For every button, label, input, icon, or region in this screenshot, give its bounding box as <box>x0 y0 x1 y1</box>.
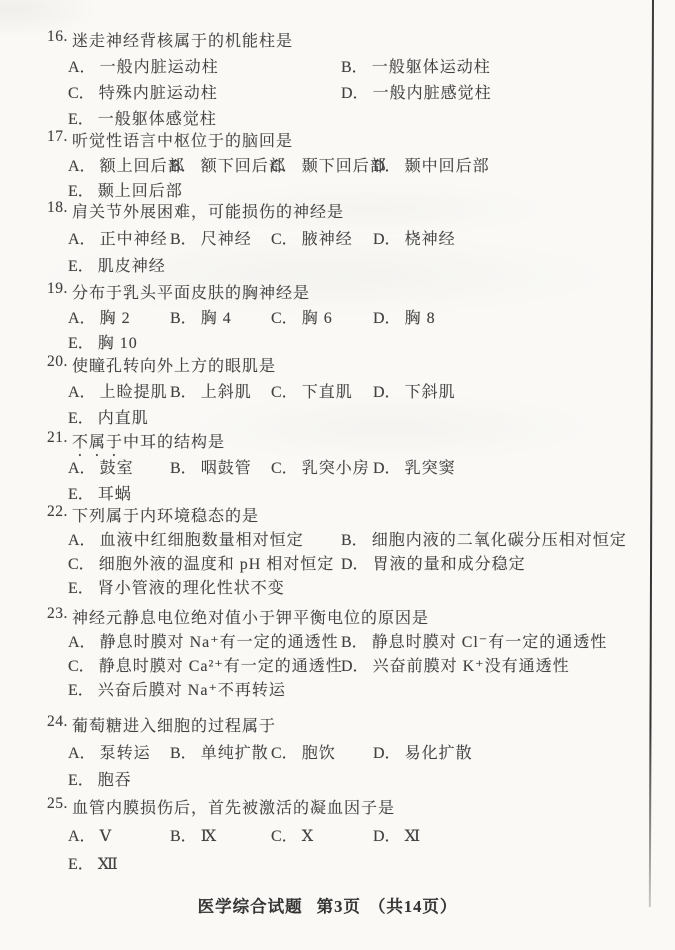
option-b-text: 尺神经 <box>201 231 252 248</box>
question-number: 17. <box>47 128 68 146</box>
option-row: E．肾小管液的理化性状不变 <box>0 575 675 601</box>
option-c: C．细胞外液的温度和 pH 相对恒定 <box>68 551 334 574</box>
option-e-label: E． <box>68 575 94 598</box>
question-number: 18. <box>47 199 68 217</box>
option-e-text: 耳蜗 <box>98 486 132 503</box>
option-row: C．特殊内脏运动柱D．一般内脏感觉柱 <box>0 80 675 106</box>
question-stem-emphasis: 不属于 <box>72 434 123 451</box>
question-number: 24. <box>47 713 68 731</box>
option-e: E．肌皮神经 <box>68 253 166 276</box>
option-d-text: 桡神经 <box>405 231 456 248</box>
option-e: E．胸 10 <box>68 330 138 353</box>
option-c-text: 特殊内脏运动柱 <box>99 85 218 102</box>
option-d-label: D． <box>373 740 401 763</box>
option-a: A．血液中红细胞数量相对恒定 <box>68 527 304 550</box>
option-b: B．单纯扩散 <box>170 740 269 763</box>
option-a: A．鼓室 <box>68 455 134 478</box>
option-d: D．一般内脏感觉柱 <box>341 80 492 103</box>
option-d-label: D． <box>373 823 401 846</box>
option-row: E．内直肌 <box>0 405 675 431</box>
option-b: B．尺神经 <box>170 226 252 249</box>
option-b: B．Ⅸ <box>170 823 217 846</box>
option-a-label: A． <box>68 54 96 77</box>
option-e-label: E． <box>68 178 94 201</box>
question-stem-line: 21.不属于中耳的结构是 <box>0 429 675 455</box>
option-a-label: A． <box>68 527 96 550</box>
question-stem: 肩关节外展困难，可能损伤的神经是 <box>72 199 344 222</box>
option-e-text: 颞上回后部 <box>98 183 183 200</box>
option-c: C．静息时膜对 Ca²⁺有一定的通透性 <box>68 653 343 676</box>
option-e: E．一般躯体感觉柱 <box>68 106 217 129</box>
option-d-label: D． <box>341 653 369 676</box>
option-row: C．细胞外液的温度和 pH 相对恒定D．胃液的量和成分稳定 <box>0 551 675 577</box>
option-d-label: D． <box>373 305 401 328</box>
option-c-label: C． <box>68 80 95 103</box>
option-b: B．咽鼓管 <box>170 455 252 478</box>
option-c-label: C． <box>271 226 298 249</box>
option-row: A．ⅤB．ⅨC．ⅩD．Ⅺ <box>0 823 675 849</box>
option-a-label: A． <box>68 823 96 846</box>
question-stem-line: 17.听觉性语言中枢位于的脑回是 <box>0 128 675 154</box>
option-e: E．胞吞 <box>68 767 132 790</box>
question-number: 23. <box>47 605 68 623</box>
option-row: A．正中神经B．尺神经C．腋神经D．桡神经 <box>0 226 675 252</box>
option-c-label: C． <box>271 740 298 763</box>
option-b-label: B． <box>170 226 197 249</box>
option-a: A．上睑提肌 <box>68 379 168 402</box>
question-stem-line: 16.迷走神经背核属于的机能柱是 <box>0 28 675 54</box>
option-e-label: E． <box>68 330 94 353</box>
option-c-text: 腋神经 <box>302 231 353 248</box>
option-d: D．Ⅺ <box>373 823 421 846</box>
option-b: B．额下回后部 <box>170 153 286 176</box>
option-a-text: 泵转运 <box>100 745 151 762</box>
option-b-label: B． <box>170 379 197 402</box>
option-d-text: Ⅺ <box>405 828 422 845</box>
option-row: E．胞吞 <box>0 767 675 793</box>
option-b-label: B． <box>170 740 197 763</box>
option-c: C．腋神经 <box>271 226 353 249</box>
option-c-label: C． <box>68 653 95 676</box>
option-e: E．Ⅻ <box>68 851 119 874</box>
option-a-text: Ⅴ <box>100 828 113 845</box>
option-a-text: 正中神经 <box>100 231 168 248</box>
option-a-text: 上睑提肌 <box>100 384 168 401</box>
option-a: A．静息时膜对 Na⁺有一定的通透性 <box>68 629 339 652</box>
option-a-label: A． <box>68 629 96 652</box>
option-a: A．Ⅴ <box>68 823 112 846</box>
option-b-label: B． <box>170 305 197 328</box>
option-e-text: 肌皮神经 <box>98 258 166 275</box>
option-d-text: 乳突窦 <box>405 460 456 477</box>
question-number: 22. <box>47 503 68 521</box>
question-stem-line: 22.下列属于内环境稳态的是 <box>0 503 675 529</box>
option-c: C．下直肌 <box>271 379 353 402</box>
footer-exam-title: 医学综合试题 <box>198 897 303 916</box>
option-e-text: 一般躯体感觉柱 <box>98 111 217 128</box>
option-e-text: 兴奋后膜对 Na⁺不再转运 <box>98 682 286 699</box>
option-d-label: D． <box>373 379 401 402</box>
option-b: B．静息时膜对 Cl⁻有一定的通透性 <box>341 629 607 652</box>
option-a: A．胸 2 <box>68 305 131 328</box>
option-a-label: A． <box>68 379 96 402</box>
question-number: 21. <box>47 429 68 447</box>
option-e: E．内直肌 <box>68 405 149 428</box>
option-c-label: C． <box>271 305 298 328</box>
option-c-text: 乳突小房 <box>302 460 370 477</box>
option-e-text: 内直肌 <box>98 410 149 427</box>
option-c-text: 胞饮 <box>302 745 336 762</box>
option-row: C．静息时膜对 Ca²⁺有一定的通透性D．兴奋前膜对 K⁺没有通透性 <box>0 653 675 679</box>
option-b-label: B． <box>341 629 368 652</box>
option-row: A．静息时膜对 Na⁺有一定的通透性B．静息时膜对 Cl⁻有一定的通透性 <box>0 629 675 655</box>
option-d-text: 胃液的量和成分稳定 <box>373 556 526 573</box>
question-stem: 迷走神经背核属于的机能柱是 <box>72 28 293 51</box>
page-footer: 医学综合试题第3页（共14页） <box>0 893 655 917</box>
footer-total-pages: （共14页） <box>369 897 458 916</box>
option-b: B．胸 4 <box>170 305 232 328</box>
option-c-label: C． <box>271 153 298 176</box>
option-row: A．上睑提肌B．上斜肌C．下直肌D．下斜肌 <box>0 379 675 405</box>
option-d-text: 下斜肌 <box>405 384 456 401</box>
option-c: C．特殊内脏运动柱 <box>68 80 218 103</box>
option-b-label: B． <box>341 54 368 77</box>
option-b-label: B． <box>170 153 197 176</box>
option-e-label: E． <box>68 767 94 790</box>
option-a-text: 胸 2 <box>100 310 131 327</box>
option-b: B．一般躯体运动柱 <box>341 54 491 77</box>
option-b-text: 细胞内液的二氧化碳分压相对恒定 <box>372 532 627 549</box>
option-c-label: C． <box>271 823 298 846</box>
option-d: D．易化扩散 <box>373 740 473 763</box>
option-c-label: C． <box>68 551 95 574</box>
question-stem-rest: 中耳的结构是 <box>123 434 225 451</box>
option-row: A．额上回后部B．额下回后部C．颞下回后部D．颞中回后部 <box>0 153 675 179</box>
option-d-label: D． <box>341 80 369 103</box>
option-d-text: 易化扩散 <box>405 745 473 762</box>
option-d: D．胃液的量和成分稳定 <box>341 551 526 574</box>
exam-page: 医学综合试题第3页（共14页） 16.迷走神经背核属于的机能柱是A．一般内脏运动… <box>0 0 675 950</box>
option-a-label: A． <box>68 305 96 328</box>
option-d-label: D． <box>373 153 401 176</box>
option-a-label: A． <box>68 740 96 763</box>
option-d-label: D． <box>373 226 401 249</box>
option-a: A．泵转运 <box>68 740 151 763</box>
option-d-text: 颞中回后部 <box>405 158 490 175</box>
question-stem-line: 25.血管内膜损伤后，首先被激活的凝血因子是 <box>0 795 675 821</box>
option-b-text: 单纯扩散 <box>201 745 269 762</box>
option-d-text: 一般内脏感觉柱 <box>373 85 492 102</box>
question-number: 19. <box>47 280 68 298</box>
option-row: A．泵转运B．单纯扩散C．胞饮D．易化扩散 <box>0 740 675 766</box>
option-a-text: 血液中红细胞数量相对恒定 <box>100 532 304 549</box>
option-row: A．胸 2B．胸 4C．胸 6D．胸 8 <box>0 305 675 331</box>
option-d: D．乳突窦 <box>373 455 456 478</box>
question-stem-line: 24.葡萄糖进入细胞的过程属于 <box>0 713 675 739</box>
option-b-label: B． <box>341 527 368 550</box>
option-d: D．胸 8 <box>373 305 436 328</box>
option-c-text: 下直肌 <box>302 384 353 401</box>
option-e: E．颞上回后部 <box>68 178 183 201</box>
option-row: A．鼓室B．咽鼓管C．乳突小房D．乳突窦 <box>0 455 675 481</box>
option-b: B．上斜肌 <box>170 379 252 402</box>
option-c-text: 细胞外液的温度和 pH 相对恒定 <box>99 556 335 573</box>
option-d: D．颞中回后部 <box>373 153 490 176</box>
option-c: C．Ⅹ <box>271 823 314 846</box>
option-e: E．兴奋后膜对 Na⁺不再转运 <box>68 677 286 700</box>
option-d-text: 胸 8 <box>405 310 436 327</box>
option-e-text: 胸 10 <box>98 335 138 352</box>
option-a-text: 一般内脏运动柱 <box>100 59 219 76</box>
option-c-text: 静息时膜对 Ca²⁺有一定的通透性 <box>99 658 343 675</box>
option-b-text: 静息时膜对 Cl⁻有一定的通透性 <box>372 634 608 651</box>
option-b-text: 咽鼓管 <box>201 460 252 477</box>
question-stem-line: 23.神经元静息电位绝对值小于钾平衡电位的原因是 <box>0 605 675 631</box>
option-e-text: 肾小管液的理化性状不变 <box>98 580 285 597</box>
option-e-label: E． <box>68 851 94 874</box>
option-c-text: 胸 6 <box>302 310 333 327</box>
footer-page-number: 第3页 <box>317 897 361 916</box>
option-b-text: Ⅸ <box>201 828 217 845</box>
option-e-label: E． <box>68 481 94 504</box>
option-a: A．一般内脏运动柱 <box>68 54 219 77</box>
option-b-text: 上斜肌 <box>201 384 252 401</box>
option-c: C．胞饮 <box>271 740 336 763</box>
option-b: B．细胞内液的二氧化碳分压相对恒定 <box>341 527 627 550</box>
question-number: 16. <box>47 28 68 46</box>
option-a-label: A． <box>68 153 96 176</box>
option-row: A．一般内脏运动柱B．一般躯体运动柱 <box>0 54 675 80</box>
question-number: 25. <box>47 795 68 813</box>
question-number: 20. <box>47 353 68 371</box>
option-row: E．Ⅻ <box>0 851 675 877</box>
option-c: C．乳突小房 <box>271 455 370 478</box>
option-d: D．下斜肌 <box>373 379 456 402</box>
question-stem: 葡萄糖进入细胞的过程属于 <box>72 713 276 736</box>
option-a-label: A． <box>68 455 96 478</box>
question-stem: 听觉性语言中枢位于的脑回是 <box>72 128 293 151</box>
option-a-text: 鼓室 <box>100 460 134 477</box>
option-c: C．颞下回后部 <box>271 153 387 176</box>
option-a: A．正中神经 <box>68 226 168 249</box>
option-a-text: 静息时膜对 Na⁺有一定的通透性 <box>100 634 339 651</box>
option-a-label: A． <box>68 226 96 249</box>
option-c-label: C． <box>271 455 298 478</box>
option-c: C．胸 6 <box>271 305 333 328</box>
option-b-text: 胸 4 <box>201 310 232 327</box>
option-e-label: E． <box>68 677 94 700</box>
option-c-label: C． <box>271 379 298 402</box>
option-d-text: 兴奋前膜对 K⁺没有通透性 <box>373 658 570 675</box>
option-row: E．肌皮神经 <box>0 253 675 279</box>
question-stem: 血管内膜损伤后，首先被激活的凝血因子是 <box>72 795 395 818</box>
question-stem: 分布于乳头平面皮肤的胸神经是 <box>72 280 310 303</box>
option-e-label: E． <box>68 405 94 428</box>
option-d-label: D． <box>341 551 369 574</box>
question-stem: 使瞳孔转向外上方的眼肌是 <box>72 353 276 376</box>
option-b-label: B． <box>170 455 197 478</box>
question-stem: 神经元静息电位绝对值小于钾平衡电位的原因是 <box>72 605 429 628</box>
option-d: D．兴奋前膜对 K⁺没有通透性 <box>341 653 570 676</box>
option-a: A．额上回后部 <box>68 153 185 176</box>
option-e: E．耳蜗 <box>68 481 132 504</box>
option-e-label: E． <box>68 106 94 129</box>
option-row: A．血液中红细胞数量相对恒定B．细胞内液的二氧化碳分压相对恒定 <box>0 527 675 553</box>
option-e: E．肾小管液的理化性状不变 <box>68 575 285 598</box>
option-b-label: B． <box>170 823 197 846</box>
question-stem-line: 18.肩关节外展困难，可能损伤的神经是 <box>0 199 675 225</box>
option-row: E．兴奋后膜对 Na⁺不再转运 <box>0 677 675 703</box>
option-c-text: Ⅹ <box>302 828 314 845</box>
question-stem-line: 19.分布于乳头平面皮肤的胸神经是 <box>0 280 675 306</box>
option-d: D．桡神经 <box>373 226 456 249</box>
option-e-label: E． <box>68 253 94 276</box>
option-d-label: D． <box>373 455 401 478</box>
question-stem: 下列属于内环境稳态的是 <box>72 503 259 526</box>
option-b-text: 一般躯体运动柱 <box>372 59 491 76</box>
option-e-text: 胞吞 <box>98 772 132 789</box>
option-e-text: Ⅻ <box>98 856 119 873</box>
question-stem-line: 20.使瞳孔转向外上方的眼肌是 <box>0 353 675 379</box>
